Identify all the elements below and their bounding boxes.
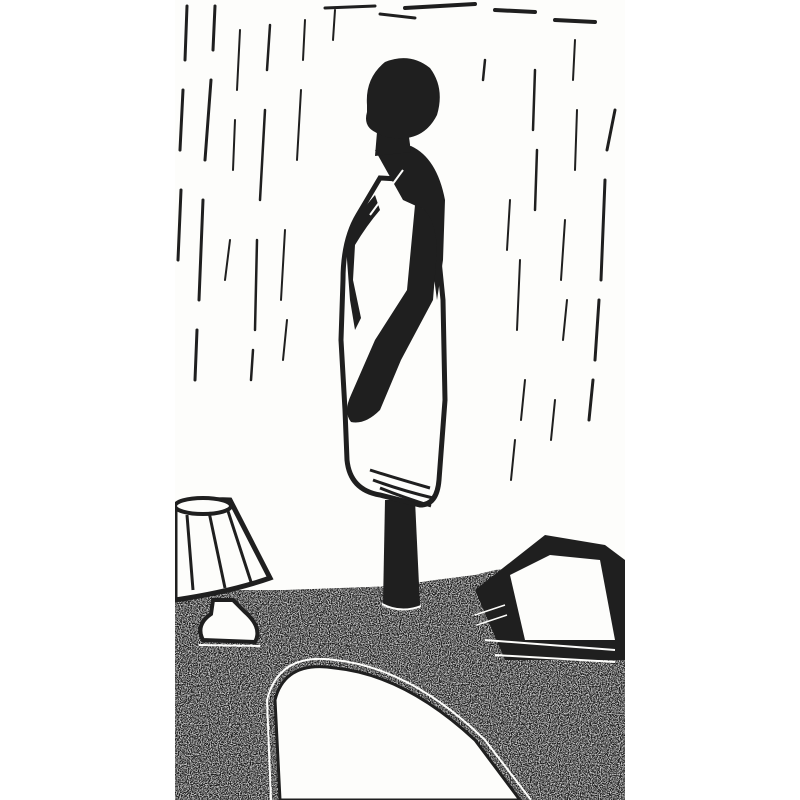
standing-figure (341, 58, 445, 609)
woodcut-artwork: Woodcut print: figure standing in a room (175, 0, 625, 800)
artwork-canvas (175, 0, 625, 800)
